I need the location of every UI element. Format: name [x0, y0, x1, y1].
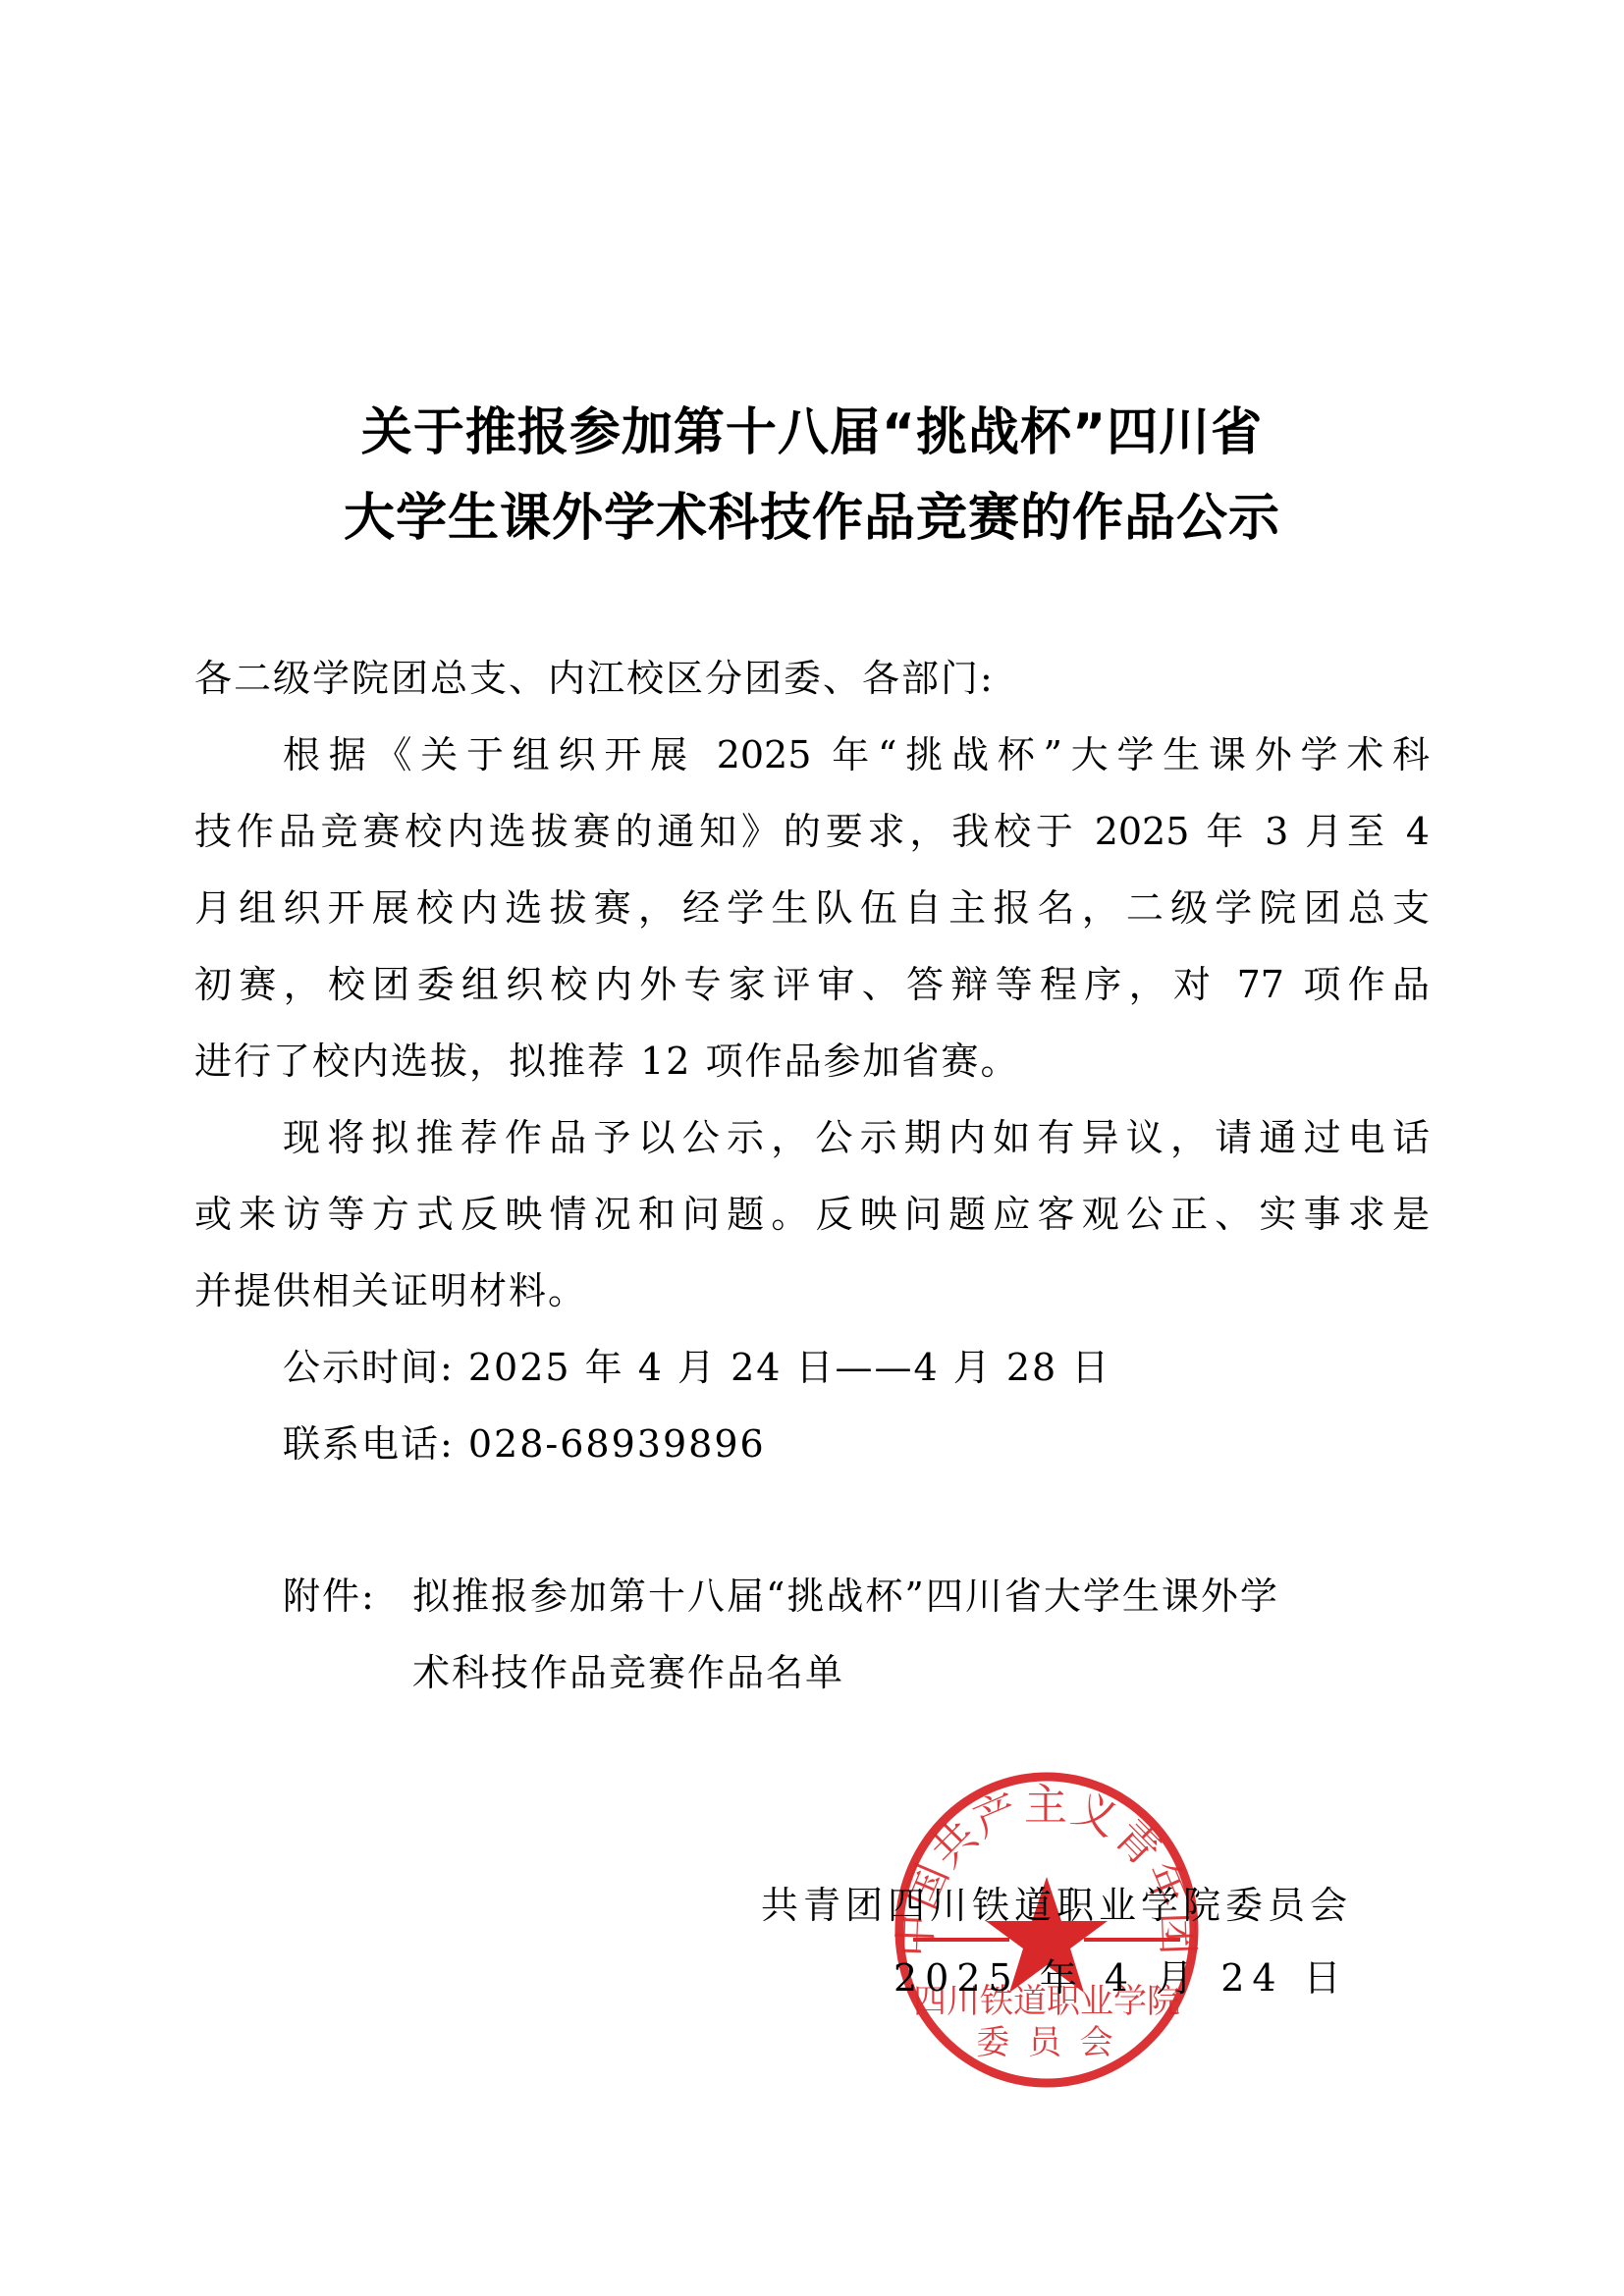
- salutation: 各二级学院团总支、内江校区分团委、各部门:: [194, 660, 995, 697]
- paragraph-1-line-4: 初赛，校团委组织校内外专家评审、答辩等程序，对 77 项作品: [194, 966, 1430, 1003]
- document-page: 关于推报参加第十八届“挑战杯”四川省 大学生课外学术科技作品竞赛的作品公示 各二…: [0, 0, 1624, 2296]
- paragraph-1-line-5: 进行了校内选拔，拟推荐 12 项作品参加省赛。: [194, 1042, 1020, 1080]
- signature-date: 2025 年 4 月 24 日: [893, 1959, 1349, 1997]
- attachment-line-2: 术科技作品竞赛作品名单: [412, 1654, 844, 1691]
- official-seal-stamp: 中国共产主义青年团 四川铁道职业学院 委 员 会: [892, 1769, 1202, 2091]
- paragraph-2-line-2: 或来访等方式反映情况和问题。反映问题应客观公正、实事求是: [194, 1196, 1430, 1233]
- document-title-line-2: 大学生课外学术科技作品竞赛的作品公示: [0, 493, 1624, 544]
- document-title-line-1: 关于推报参加第十八届“挑战杯”四川省: [0, 407, 1624, 458]
- contact-phone: 联系电话: 028-68939896: [283, 1425, 766, 1463]
- attachment-line-1: 拟推报参加第十八届“挑战杯”四川省大学生课外学: [412, 1577, 1279, 1615]
- svg-text:中国共产主义青年团: 中国共产主义青年团: [892, 1781, 1202, 1958]
- paragraph-2-line-1: 现将拟推荐作品予以公示，公示期内如有异议，请通过电话: [283, 1119, 1430, 1156]
- signature-organization: 共青团四川铁道职业学院委员会: [761, 1887, 1352, 1924]
- paragraph-2-line-3: 并提供相关证明材料。: [194, 1272, 587, 1309]
- seal-center-line-2: 委 员 会: [976, 2023, 1117, 2062]
- publicity-period: 公示时间: 2025 年 4 月 24 日——4 月 28 日: [283, 1349, 1110, 1386]
- attachment-label: 附件:: [283, 1577, 376, 1615]
- paragraph-1-line-1: 根据《关于组织开展 2025 年“挑战杯”大学生课外学术科: [283, 736, 1430, 774]
- paragraph-1-line-2: 技作品竞赛校内选拔赛的通知》的要求，我校于 2025 年 3 月至 4: [194, 813, 1430, 850]
- paragraph-1-line-3: 月组织开展校内选拔赛，经学生队伍自主报名，二级学院团总支: [194, 889, 1430, 927]
- seal-arc-text: 中国共产主义青年团: [892, 1781, 1202, 1958]
